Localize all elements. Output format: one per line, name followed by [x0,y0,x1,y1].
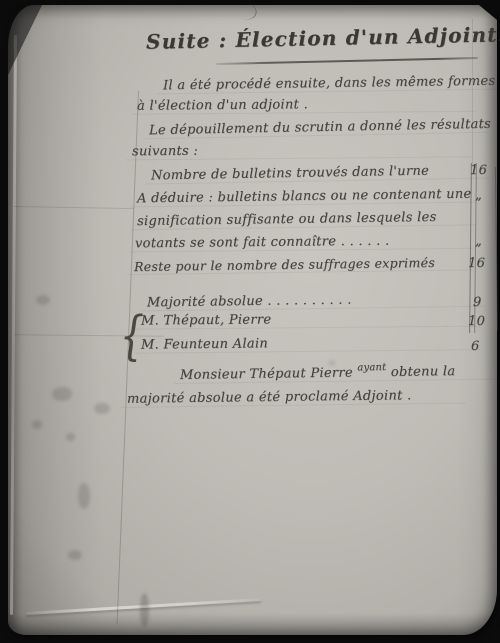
tally-row-label: Reste pour le nombre des suffrages expri… [134,255,435,274]
closing-line-part: Monsieur Thépaut Pierre [180,366,353,383]
body-line: à l'élection d'un adjoint . [137,97,308,113]
page-corner-chip [8,5,42,75]
page-title: Suite : Élection d'un Adjoint. [146,22,500,54]
closing-line: Monsieur Thépaut Pierre ayant obtenu la [180,364,456,383]
tally-row-label: signification suffisante ou dans lesquel… [137,210,437,229]
candidate-votes: 10 [468,314,485,329]
majority-label: Majorité absolue . . . . . . . . . . [147,293,352,311]
candidate-name: M. Thépaut, Pierre [141,312,272,328]
tally-row-label: A déduire : bulletins blancs ou ne conte… [137,187,472,207]
paper-crease [14,206,134,209]
candidate-votes: 6 [471,339,480,354]
body-line: Le dépouillement du scrutin a donné les … [149,117,491,139]
closing-line: majorité absolue a été proclamé Adjoint … [127,388,412,406]
body-line: Il a été procédé ensuite, dans les mêmes… [163,74,496,94]
tally-row-label: Nombre de bulletins trouvés dans l'urne [151,164,429,184]
candidate-name: M. Feunteun Alain [141,336,268,352]
ink-flourish [228,0,259,23]
tally-row-label: votants se sont fait connaître . . . . .… [135,234,390,252]
closing-line-insertion: ayant [357,362,386,373]
tally-row-value: „ [475,234,482,249]
title-underline [216,57,478,65]
tally-row-value: 16 [470,163,487,178]
manuscript-page: Suite : Élection d'un Adjoint. Il a été … [8,5,497,635]
tally-row-value: 16 [468,256,485,271]
tally-row-value: „ [475,188,482,203]
number-column-rule-outer [495,167,498,331]
photo-of-register-page: Suite : Élection d'un Adjoint. Il a été … [0,0,500,643]
dark-corner-top-right [457,5,497,20]
closing-line-part: obtenu la [391,364,456,380]
majority-value: 9 [473,295,482,310]
page-left-edge [10,35,17,615]
body-line: suivants : [132,144,198,160]
